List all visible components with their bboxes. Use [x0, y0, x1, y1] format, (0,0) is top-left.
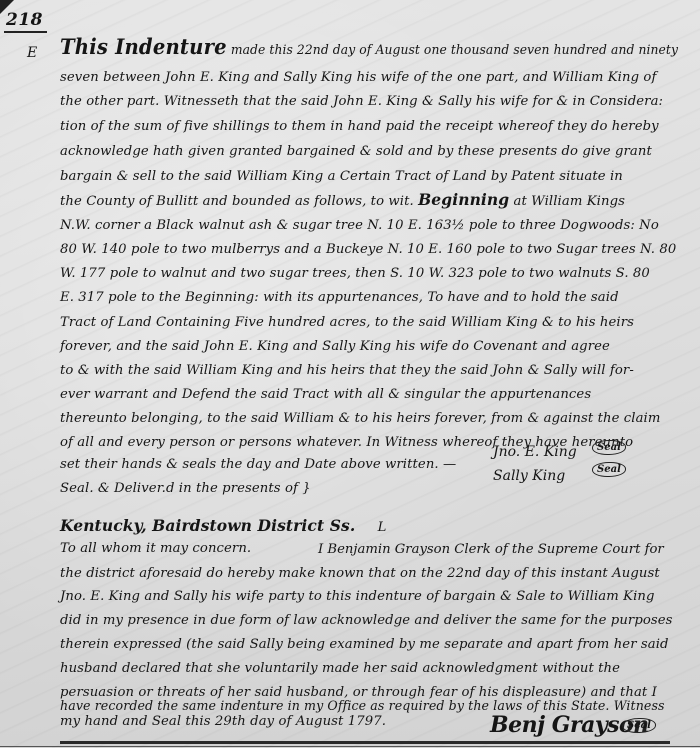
document-page: 218 E This Indenture made this 22nd day … — [0, 0, 700, 748]
indenture-line-13: forever, and the said John E. King and S… — [60, 340, 610, 353]
certificate-line-1-right: I Benjamin Grayson Clerk of the Supreme … — [318, 542, 664, 557]
certificate-line-8: have recorded the same indenture in my O… — [60, 700, 665, 713]
indenture-line-8: N.W. corner a Black walnut ash & sugar t… — [60, 219, 659, 232]
indenture-line-14: to & with the said William King and his … — [60, 364, 634, 377]
certificate-heading-mark: L — [378, 520, 387, 535]
bottom-rule-thin — [0, 746, 700, 747]
seal-benjamin-grayson: Seal — [622, 718, 656, 733]
indenture-line-3: the other part. Witnesseth that the said… — [60, 95, 663, 108]
margin-mark: E — [27, 45, 37, 61]
certificate-line-2: the district aforesaid do hereby make kn… — [60, 567, 660, 580]
indenture-line-18: set their hands & seals the day and Date… — [60, 458, 456, 471]
certificate-line-3: Jno. E. King and Sally his wife party to… — [60, 590, 655, 603]
indenture-line-1: This Indenture made this 22nd day of Aug… — [60, 36, 678, 57]
seal-john-king: Seal — [592, 440, 626, 455]
certificate-line-1: To all whom it may concern. — [60, 542, 251, 555]
indenture-line-9: 80 W. 140 pole to two mulberrys and a Bu… — [60, 243, 676, 256]
signature-john-king: Jno. E. King — [493, 444, 577, 460]
bottom-rule — [60, 741, 670, 744]
indenture-line-2: seven between John E. King and Sally Kin… — [60, 71, 656, 84]
indenture-line-5: acknowledge hath given granted bargained… — [60, 145, 652, 158]
certificate-line-5: therein expressed (the said Sally being … — [60, 638, 669, 651]
signature-sally-king: Sally King — [493, 468, 565, 484]
indenture-line-4: tion of the sum of five shillings to the… — [60, 120, 659, 133]
indenture-line-7: the County of Bullitt and bounded as fol… — [60, 192, 625, 208]
indenture-line-12: Tract of Land Containing Five hundred ac… — [60, 316, 634, 329]
certificate-line-9: my hand and Seal this 29th day of August… — [60, 715, 386, 728]
indenture-line-16: thereunto belonging, to the said William… — [60, 412, 660, 425]
indenture-line-11: E. 317 pole to the Beginning: with its a… — [60, 291, 619, 304]
indenture-heading: This Indenture — [60, 34, 227, 59]
indenture-line-15: ever warrant and Defend the said Tract w… — [60, 388, 591, 401]
seal-sally-king: Seal — [592, 462, 626, 477]
page-number: 218 — [4, 10, 47, 33]
indenture-line-19: Seal. & Deliver.d in the presents of } — [60, 482, 311, 495]
indenture-line-10: W. 177 pole to walnut and two sugar tree… — [60, 267, 650, 280]
certificate-heading: Kentucky, Bairdstown District Ss. L — [60, 518, 387, 534]
certificate-line-6: husband declared that she voluntarily ma… — [60, 662, 620, 675]
certificate-line-4: did in my presence in due form of law ac… — [60, 614, 673, 627]
indenture-line-6: bargain & sell to the said William King … — [60, 170, 623, 183]
